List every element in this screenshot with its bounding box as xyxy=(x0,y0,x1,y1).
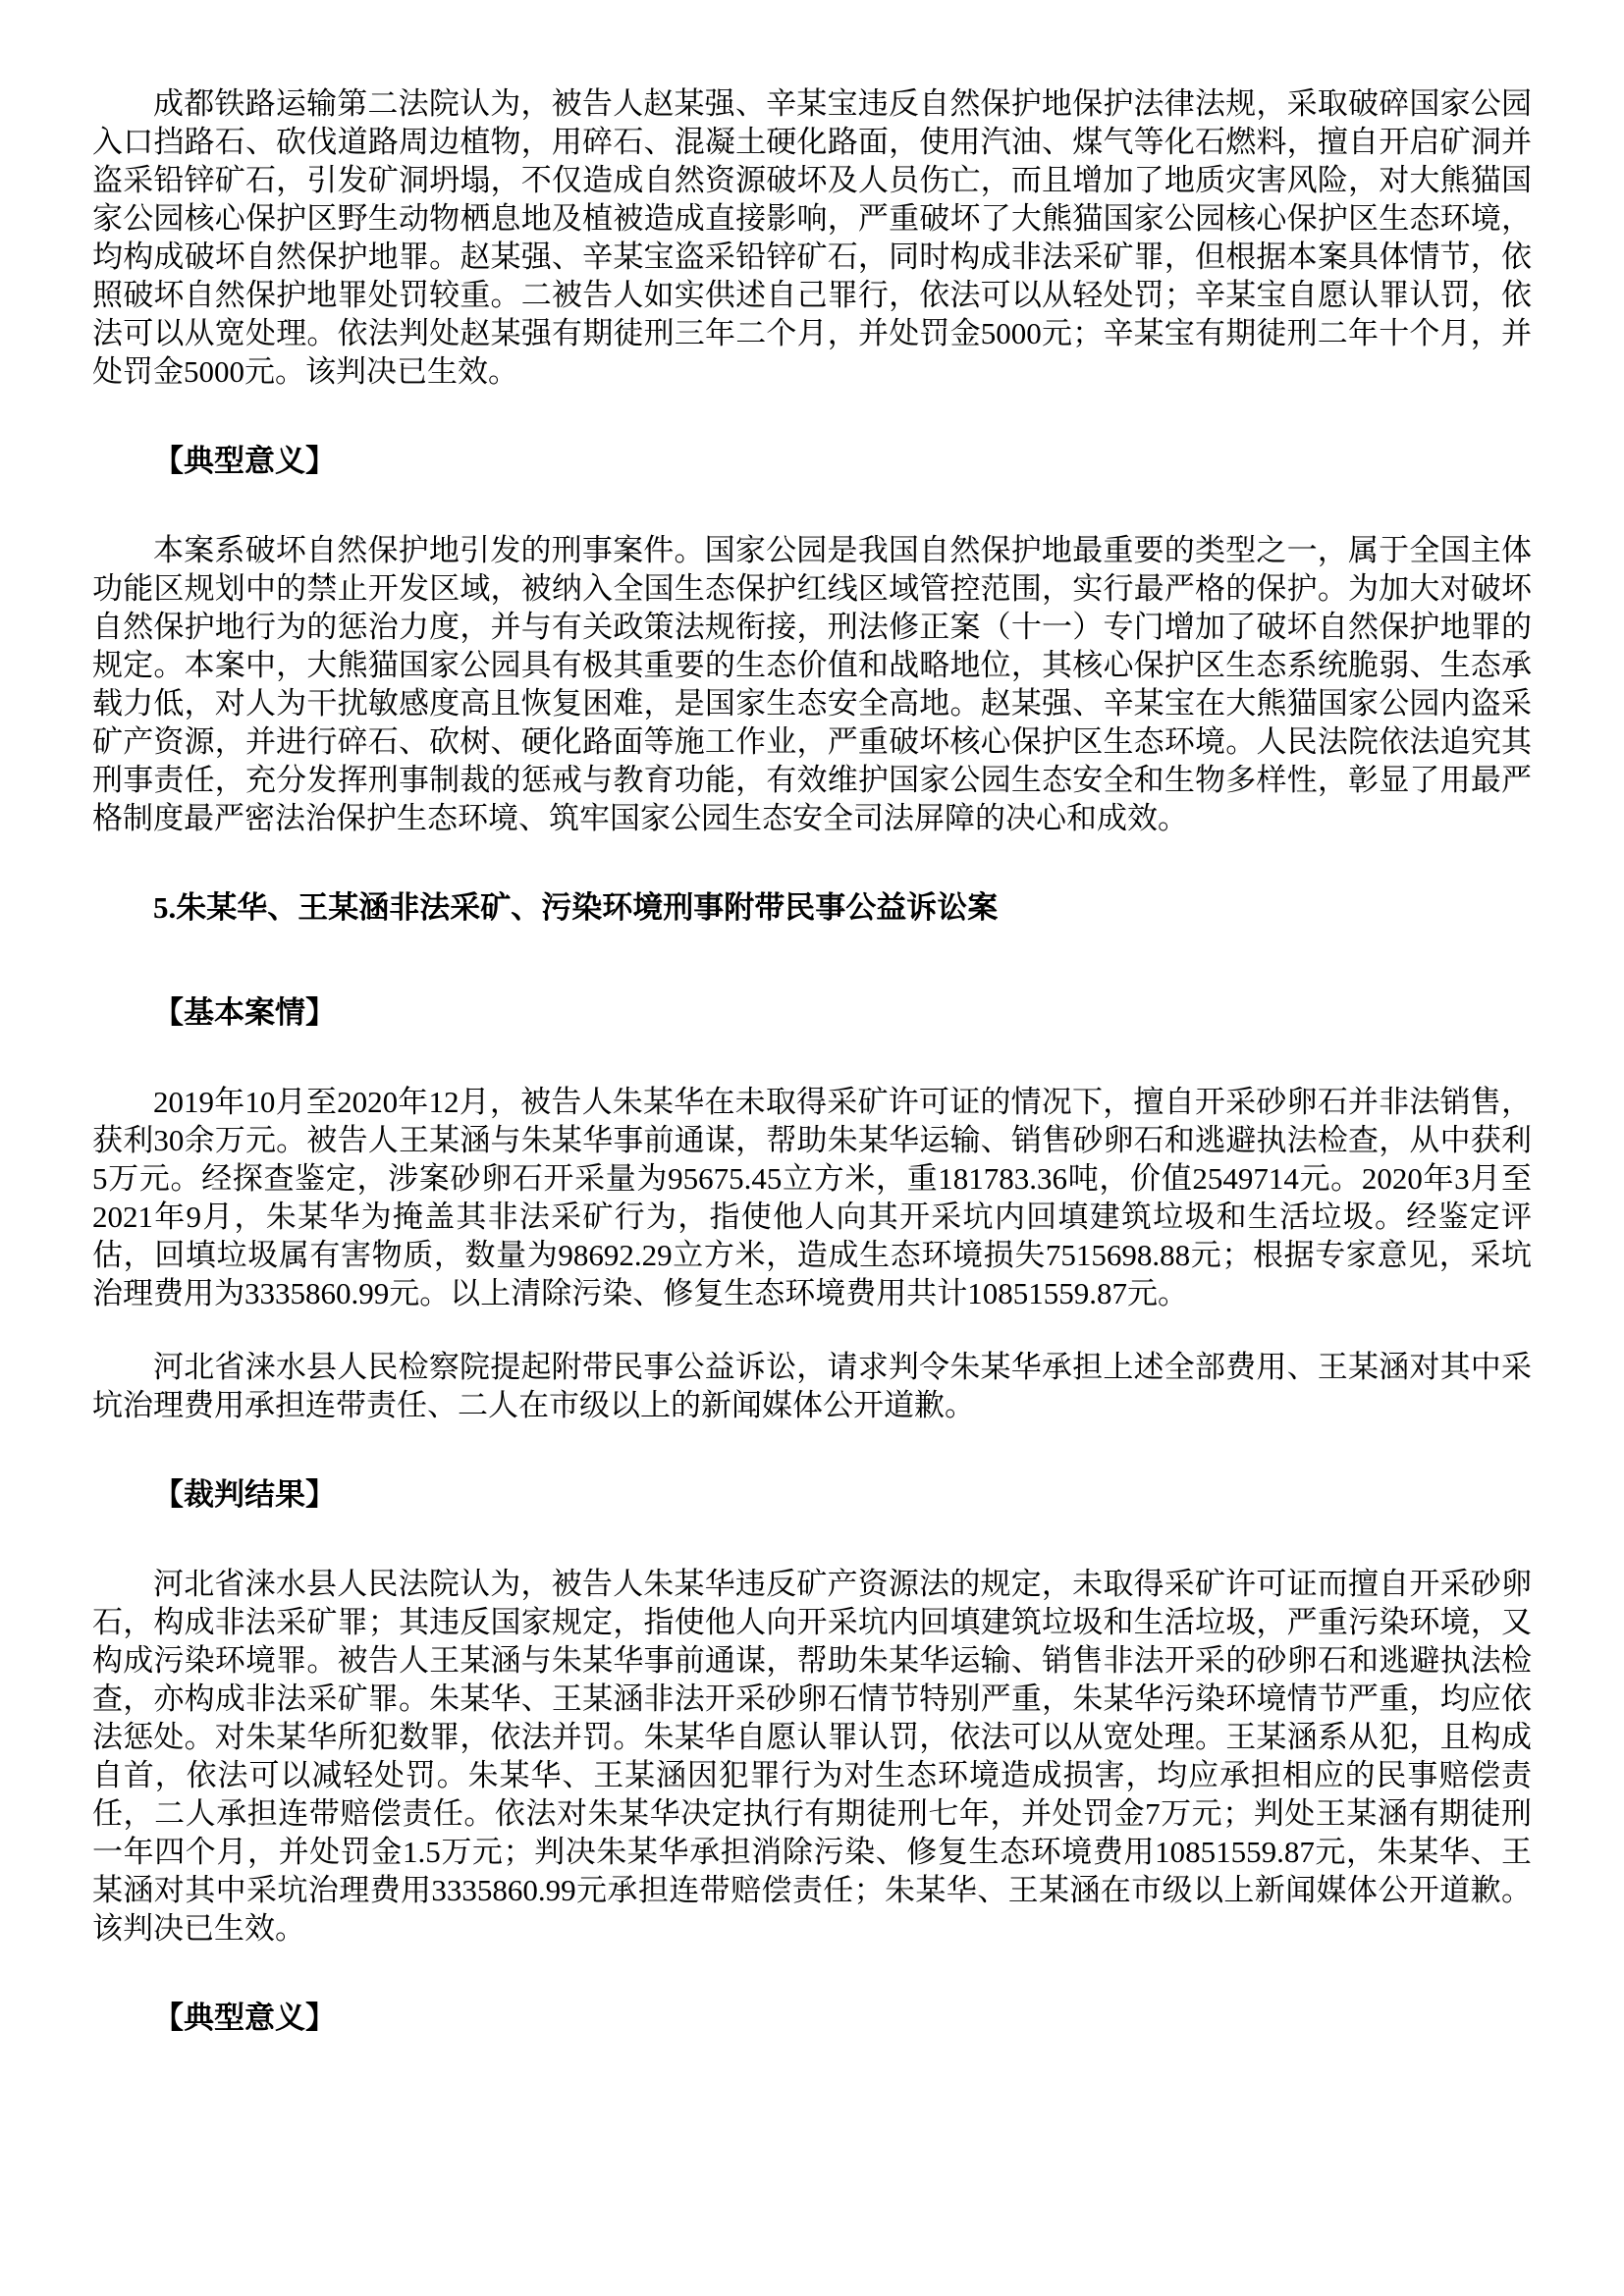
document-page: 成都铁路运输第二法院认为，被告人赵某强、辛某宝违反自然保护地保护法律法规，采取破… xyxy=(0,0,1624,2296)
section-heading-typical-significance: 【典型意义】 xyxy=(92,442,1532,480)
section-heading-typical-significance-2: 【典型意义】 xyxy=(92,1999,1532,2037)
basic-facts-paragraph-2: 河北省涞水县人民检察院提起附带民事公益诉讼，请求判令朱某华承担上述全部费用、王某… xyxy=(92,1348,1532,1424)
typical-significance-paragraph: 本案系破坏自然保护地引发的刑事案件。国家公园是我国自然保护地最重要的类型之一，属… xyxy=(92,531,1532,837)
section-heading-judgment-result: 【裁判结果】 xyxy=(92,1475,1532,1514)
basic-facts-paragraph-1: 2019年10月至2020年12月，被告人朱某华在未取得采矿许可证的情况下，擅自… xyxy=(92,1083,1532,1312)
court-opinion-paragraph: 成都铁路运输第二法院认为，被告人赵某强、辛某宝违反自然保护地保护法律法规，采取破… xyxy=(92,84,1532,391)
judgment-result-paragraph: 河北省涞水县人民法院认为，被告人朱某华违反矿产资源法的规定，未取得采矿许可证而擅… xyxy=(92,1565,1532,1948)
section-heading-basic-facts: 【基本案情】 xyxy=(92,993,1532,1032)
case-title-5: 5.朱某华、王某涵非法采矿、污染环境刑事附带民事公益诉讼案 xyxy=(92,888,1532,927)
